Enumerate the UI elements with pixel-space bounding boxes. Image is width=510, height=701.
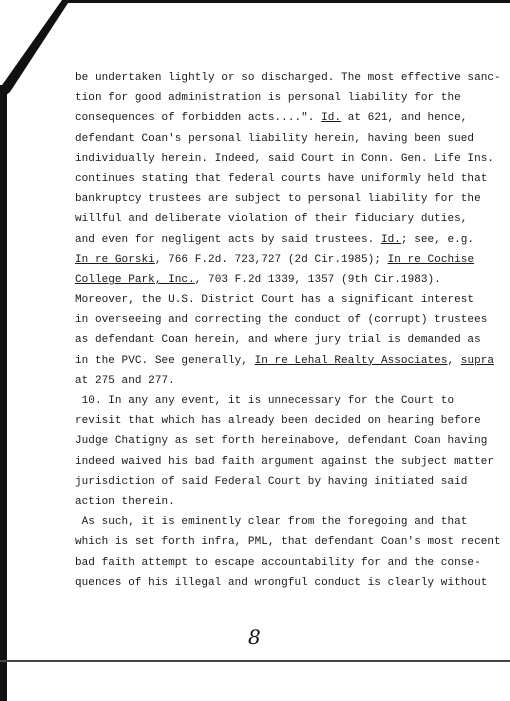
text-line: quences of his illegal and wrongful cond… xyxy=(75,573,475,593)
text-segment: tion for good administration is personal… xyxy=(75,92,461,104)
text-segment: , 766 F.2d. 723,727 (2d Cir.1985); xyxy=(155,254,388,266)
text-segment: jurisdiction of said Federal Court by ha… xyxy=(75,476,467,488)
text-line: jurisdiction of said Federal Court by ha… xyxy=(75,472,475,492)
text-line: revisit that which has already been deci… xyxy=(75,411,475,431)
text-line: willful and deliberate violation of thei… xyxy=(75,209,475,229)
text-line: As such, it is eminently clear from the … xyxy=(75,512,475,532)
case-citation: supra xyxy=(461,355,494,367)
case-citation: Id. xyxy=(321,112,341,124)
text-segment: consequences of forbidden acts....". xyxy=(75,112,321,124)
text-segment: in overseeing and correcting the conduct… xyxy=(75,314,487,326)
text-segment: , 703 F.2d 1339, 1357 (9th Cir.1983). xyxy=(195,274,441,286)
text-segment: Judge Chatigny as set forth hereinabove,… xyxy=(75,435,487,447)
text-line: 10. In any any event, it is unnecessary … xyxy=(75,391,475,411)
scan-edge-bottom xyxy=(0,660,510,662)
text-segment: and even for negligent acts by said trus… xyxy=(75,234,381,246)
text-segment: in the PVC. See generally, xyxy=(75,355,255,367)
text-line: and even for negligent acts by said trus… xyxy=(75,230,475,250)
text-segment: continues stating that federal courts ha… xyxy=(75,173,487,185)
text-segment: at 621, and hence, xyxy=(341,112,467,124)
text-line: in the PVC. See generally, In re Lehal R… xyxy=(75,351,475,371)
case-citation: In re Cochise xyxy=(388,254,474,266)
text-line: be undertaken lightly or so discharged. … xyxy=(75,68,475,88)
text-segment: individually herein. Indeed, said Court … xyxy=(75,153,494,165)
text-segment: be undertaken lightly or so discharged. … xyxy=(75,72,501,84)
scan-edge-left xyxy=(0,85,7,701)
text-line: as defendant Coan herein, and where jury… xyxy=(75,330,475,350)
text-segment: ; see, e.g. xyxy=(401,234,474,246)
text-line: action therein. xyxy=(75,492,475,512)
text-line: indeed waived his bad faith argument aga… xyxy=(75,452,475,472)
text-segment: which is set forth infra, PML, that defe… xyxy=(75,536,501,548)
text-segment: at 275 and 277. xyxy=(75,375,175,387)
text-line: consequences of forbidden acts....". Id.… xyxy=(75,108,475,128)
text-line: defendant Coan's personal liability here… xyxy=(75,129,475,149)
text-line: Judge Chatigny as set forth hereinabove,… xyxy=(75,431,475,451)
text-line: bad faith attempt to escape accountabili… xyxy=(75,553,475,573)
text-segment: 10. In any any event, it is unnecessary … xyxy=(75,395,454,407)
text-line: Moreover, the U.S. District Court has a … xyxy=(75,290,475,310)
text-segment: willful and deliberate violation of thei… xyxy=(75,213,467,225)
text-line: bankruptcy trustees are subject to perso… xyxy=(75,189,475,209)
page-number: 8 xyxy=(248,625,261,649)
text-segment: action therein. xyxy=(75,496,175,508)
text-line: which is set forth infra, PML, that defe… xyxy=(75,532,475,552)
text-segment: bankruptcy trustees are subject to perso… xyxy=(75,193,481,205)
text-line: in overseeing and correcting the conduct… xyxy=(75,310,475,330)
text-line: tion for good administration is personal… xyxy=(75,88,475,108)
text-line: continues stating that federal courts ha… xyxy=(75,169,475,189)
document-body: be undertaken lightly or so discharged. … xyxy=(75,68,475,593)
case-citation: In re Lehal Realty Associates xyxy=(255,355,448,367)
text-segment: as defendant Coan herein, and where jury… xyxy=(75,334,481,346)
text-segment: As such, it is eminently clear from the … xyxy=(75,516,467,528)
case-citation: In re Gorski xyxy=(75,254,155,266)
case-citation: College Park, Inc. xyxy=(75,274,195,286)
text-segment: indeed waived his bad faith argument aga… xyxy=(75,456,494,468)
text-segment: revisit that which has already been deci… xyxy=(75,415,481,427)
text-line: College Park, Inc., 703 F.2d 1339, 1357 … xyxy=(75,270,475,290)
scan-edge-top xyxy=(62,0,510,3)
text-segment: , xyxy=(447,355,460,367)
text-line: at 275 and 277. xyxy=(75,371,475,391)
scan-edge-corner xyxy=(0,0,80,100)
text-segment: Moreover, the U.S. District Court has a … xyxy=(75,294,474,306)
case-citation: Id. xyxy=(381,234,401,246)
text-segment: quences of his illegal and wrongful cond… xyxy=(75,577,487,589)
text-line: In re Gorski, 766 F.2d. 723,727 (2d Cir.… xyxy=(75,250,475,270)
text-segment: bad faith attempt to escape accountabili… xyxy=(75,557,481,569)
text-segment: defendant Coan's personal liability here… xyxy=(75,133,474,145)
text-line: individually herein. Indeed, said Court … xyxy=(75,149,475,169)
